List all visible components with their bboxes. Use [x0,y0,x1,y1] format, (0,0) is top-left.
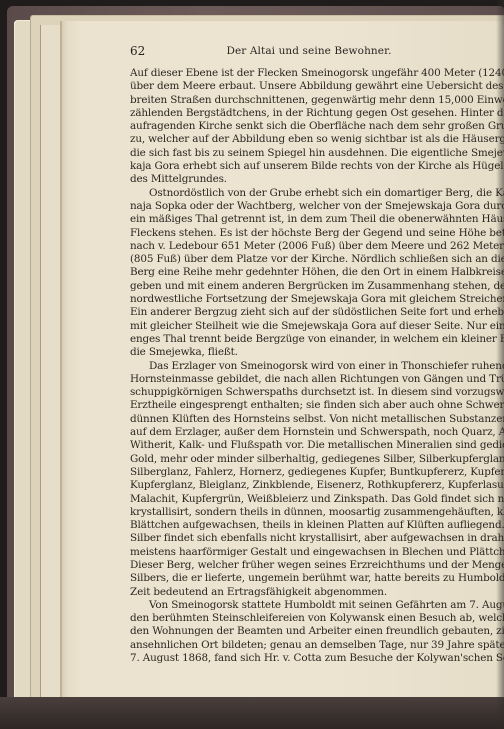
paragraph: Auf dieser Ebene ist der Flecken Smeinog… [130,67,490,187]
text-line: Blättchen aufgewachsen, theils in kleine… [130,519,490,532]
text-line: über dem Meere erbaut. Unsere Abbildung … [130,80,490,93]
text-line: Ostnordöstlich von der Grube erhebt sich… [130,187,490,200]
text-line: Silberglanz, Fahlerz, Hornerz, gediegene… [130,466,490,479]
text-line: Kupferglanz, Bleiglanz, Zinkblende, Eise… [130,479,490,492]
text-line: Auf dieser Ebene ist der Flecken Smeinog… [130,67,490,80]
body-text: Auf dieser Ebene ist der Flecken Smeinog… [130,67,490,665]
text-line: Gold, mehr oder minder silberhaltig, ged… [130,453,490,466]
text-line: des Mittelgrundes. [130,173,490,186]
text-line: Erztheile eingesprengt enthalten; sie fi… [130,399,490,412]
text-line: schuppigkörnigen Schwerspaths durchsetzt… [130,386,490,399]
text-line: auf dem Erzlager, außer dem Hornstein un… [130,426,490,439]
book-cover-bottom-edge [0,697,504,729]
text-line: den Wohnungen der Beamten und Arbeiter e… [130,625,490,638]
text-line: ansehnlichen Ort bildeten; genau an dems… [130,639,490,652]
text-line: Silbers, die er lieferte, ungemein berüh… [130,572,490,585]
text-line: nach v. Ledebour 651 Meter (2006 Fuß) üb… [130,240,490,253]
text-line: Von Smeinogorsk stattete Humboldt mit se… [130,599,490,612]
running-title: Der Altai und seine Bewohner. [130,45,488,57]
text-line: enges Thal trennt beide Bergzüge von ein… [130,333,490,346]
text-line: aufragenden Kirche senkt sich die Oberfl… [130,120,490,133]
paragraph: Von Smeinogorsk stattete Humboldt mit se… [130,599,490,665]
text-line: kaja Gora erhebt sich auf unserem Bilde … [130,160,490,173]
text-line: zählenden Bergstädtchens, in der Richtun… [130,107,490,120]
text-line: naja Sopka oder der Wachtberg, welcher v… [130,200,490,213]
text-line: Hornsteinmasse gebildet, die nach allen … [130,373,490,386]
page-header: 62 Der Altai und seine Bewohner. [130,44,488,60]
text-line: dünnen Klüften des Hornsteins selbst. Vo… [130,413,490,426]
text-line: Berg eine Reihe mehr gedehnter Höhen, di… [130,266,490,279]
text-line: die sich fast bis zu seinem Spiegel hin … [130,147,490,160]
text-line: Malachit, Kupfergrün, Weißbleierz und Zi… [130,493,490,506]
text-line: breiten Straßen durchschnittenen, gegenw… [130,94,490,107]
text-line: Witherit, Kalk- und Flußspath vor. Die m… [130,439,490,452]
text-line: die Smejewka, fließt. [130,346,490,359]
text-line: Ein anderer Bergzug zieht sich auf der s… [130,306,490,319]
text-line: meistens haarförmiger Gestalt und eingew… [130,546,490,559]
text-line: (805 Fuß) über dem Platze vor der Kirche… [130,253,490,266]
text-line: Zeit bedeutend an Ertragsfähigkeit abgen… [130,586,490,599]
text-line: Fleckens stehen. Es ist der höchste Berg… [130,227,490,240]
text-line: den berühmten Steinschleifereien von Kol… [130,612,490,625]
text-line: krystallisirt, sondern theils in dünnen,… [130,506,490,519]
text-line: mit gleicher Steilheit wie die Smejewska… [130,320,490,333]
text-line: geben und mit einem anderen Bergrücken i… [130,280,490,293]
paragraph: Das Erzlager von Smeinogorsk wird von ei… [130,360,490,599]
text-line: nordwestliche Fortsetzung der Smejewskaj… [130,293,490,306]
paragraph: Ostnordöstlich von der Grube erhebt sich… [130,187,490,360]
text-line: ein mäßiges Thal getrennt ist, in dem zu… [130,213,490,226]
text-line: 7. August 1868, fand sich Hr. v. Cotta z… [130,652,490,665]
text-line: Silber findet sich ebenfalls nicht kryst… [130,532,490,545]
text-line: Dieser Berg, welcher früher wegen seines… [130,559,490,572]
text-line: Das Erzlager von Smeinogorsk wird von ei… [130,360,490,373]
text-line: zu, welcher auf der Abbildung eben so we… [130,133,490,146]
